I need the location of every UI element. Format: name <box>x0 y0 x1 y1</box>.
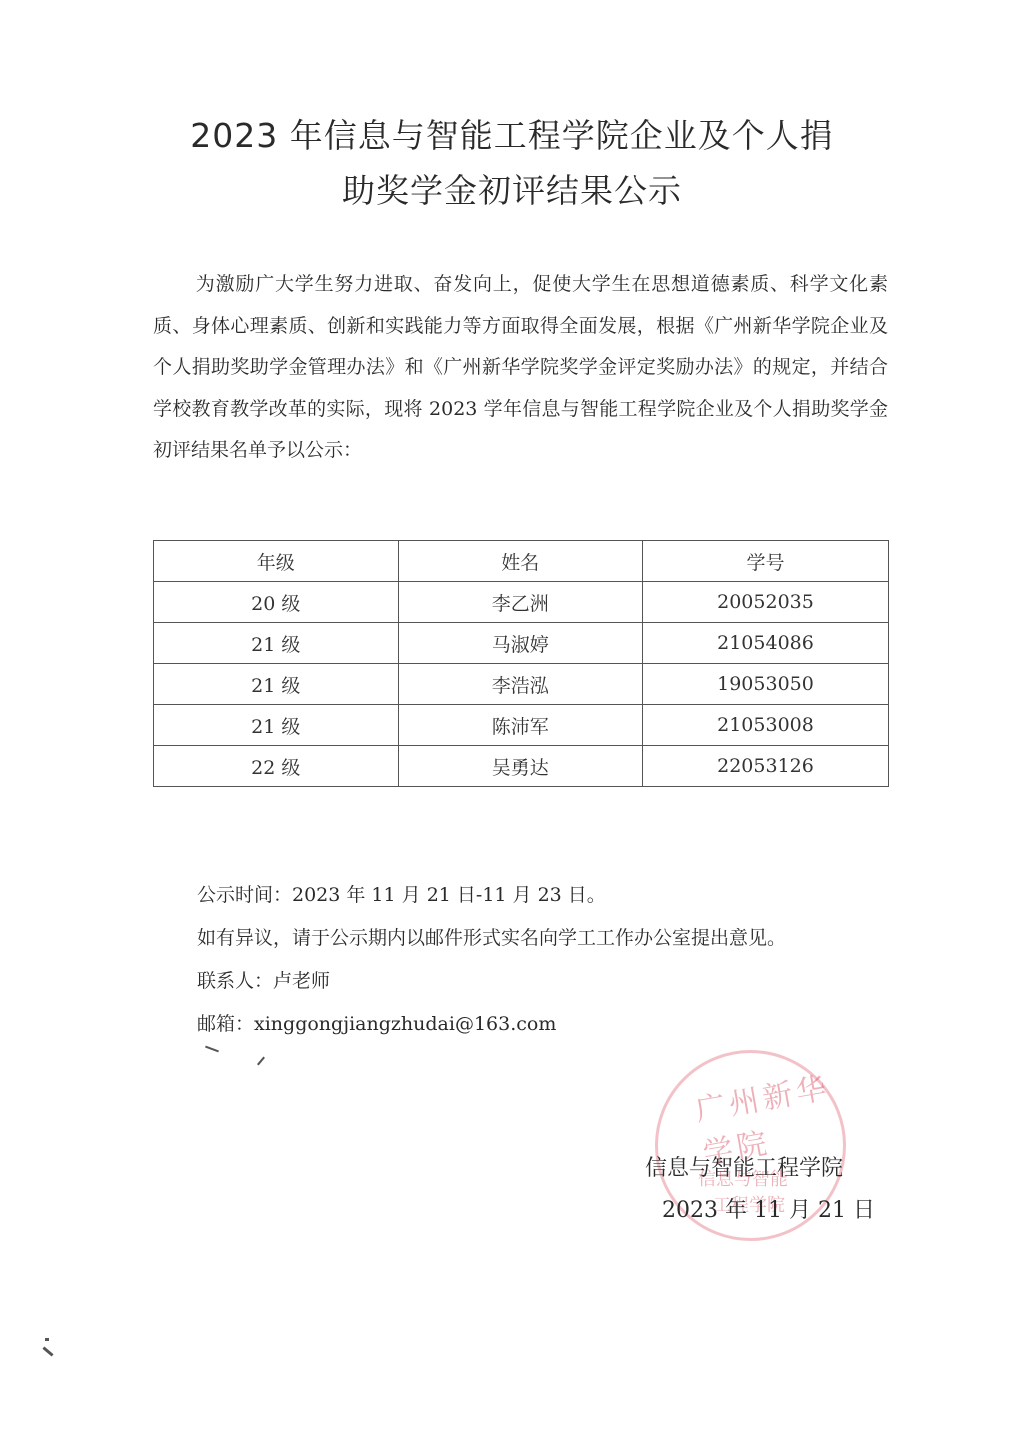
cell-grade: 22 级 <box>154 746 399 787</box>
scan-speck <box>42 1346 53 1356</box>
header-grade: 年级 <box>154 541 399 582</box>
header-student-id: 学号 <box>642 541 888 582</box>
cell-name: 马淑婷 <box>398 623 642 664</box>
table-row: 20 级 李乙洲 20052035 <box>154 582 889 623</box>
objection-notice: 如有异议，请于公示期内以邮件形式实名向学工工作办公室提出意见。 <box>197 917 786 960</box>
document-title-line1: 2023 年信息与智能工程学院企业及个人捐 <box>0 110 1024 157</box>
document-title-line2: 助奖学金初评结果公示 <box>0 165 1024 212</box>
intro-paragraph: 为激励广大学生努力进取、奋发向上，促使大学生在思想道德素质、科学文化素质、身体心… <box>153 264 888 472</box>
cell-grade: 21 级 <box>154 705 399 746</box>
publicity-period: 公示时间：2023 年 11 月 21 日-11 月 23 日。 <box>197 874 786 917</box>
table-row: 21 级 马淑婷 21054086 <box>154 623 889 664</box>
cell-grade: 21 级 <box>154 664 399 705</box>
cell-name: 陈沛军 <box>398 705 642 746</box>
intro-text: 为激励广大学生努力进取、奋发向上，促使大学生在思想道德素质、科学文化素质、身体心… <box>153 273 888 461</box>
signature-date: 2023 年 11 月 21 日 <box>645 1192 875 1230</box>
scan-speck <box>205 1046 219 1053</box>
table-row: 22 级 吴勇达 22053126 <box>154 746 889 787</box>
table-header-row: 年级 姓名 学号 <box>154 541 889 582</box>
scan-speck <box>257 1057 265 1066</box>
contact-email: 邮箱：xinggongjiangzhudai@163.com <box>197 1003 786 1046</box>
results-table: 年级 姓名 学号 20 级 李乙洲 20052035 21 级 马淑婷 2105… <box>153 540 889 787</box>
cell-grade: 20 级 <box>154 582 399 623</box>
cell-student-id: 20052035 <box>642 582 888 623</box>
scan-speck <box>45 1338 49 1341</box>
contact-person: 联系人：卢老师 <box>197 960 786 1003</box>
notes-section: 公示时间：2023 年 11 月 21 日-11 月 23 日。 如有异议，请于… <box>197 874 786 1046</box>
signature-org: 信息与智能工程学院 <box>645 1150 875 1188</box>
cell-student-id: 22053126 <box>642 746 888 787</box>
table-row: 21 级 李浩泓 19053050 <box>154 664 889 705</box>
cell-grade: 21 级 <box>154 623 399 664</box>
table-row: 21 级 陈沛军 21053008 <box>154 705 889 746</box>
cell-name: 李浩泓 <box>398 664 642 705</box>
cell-student-id: 21054086 <box>642 623 888 664</box>
cell-student-id: 19053050 <box>642 664 888 705</box>
cell-name: 吴勇达 <box>398 746 642 787</box>
header-name: 姓名 <box>398 541 642 582</box>
cell-student-id: 21053008 <box>642 705 888 746</box>
cell-name: 李乙洲 <box>398 582 642 623</box>
signature-block: 信息与智能工程学院 2023 年 11 月 21 日 <box>645 1150 875 1230</box>
